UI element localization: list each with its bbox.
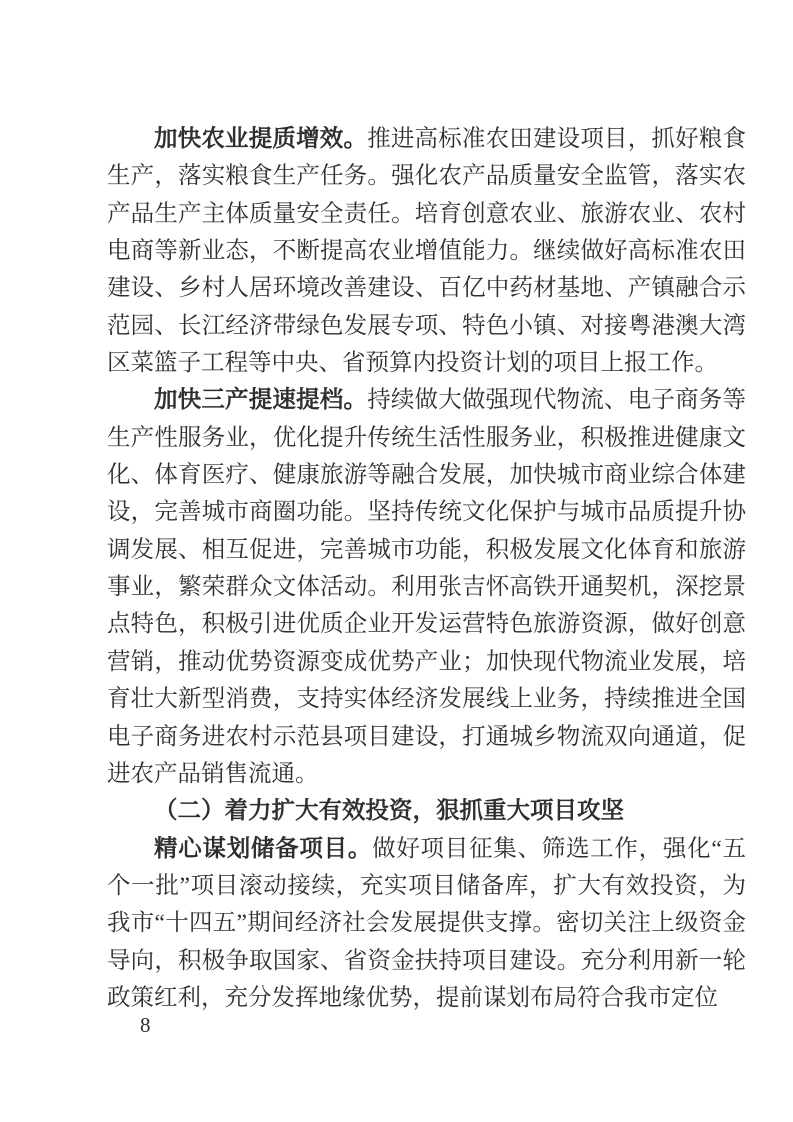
paragraph-body: 推进高标准农田建设项目，抓好粮食生产，落实粮食生产任务。强化农产品质量安全监管，… xyxy=(107,126,746,376)
paragraph-lead: 加快农业提质增效。 xyxy=(154,126,367,152)
paragraph-agriculture-quality: 加快农业提质增效。推进高标准农田建设项目，抓好粮食生产，落实粮食生产任务。强化农… xyxy=(107,121,746,382)
paragraph-tertiary-industry: 加快三产提速提档。持续做大做强现代物流、电子商务等生产性服务业，优化提升传统生活… xyxy=(107,382,746,793)
paragraph-body: 持续做大做强现代物流、电子商务等生产性服务业，优化提升传统生活性服务业，积极推进… xyxy=(107,387,746,786)
section-heading-2: （二）着力扩大有效投资，狠抓重大项目攻坚 xyxy=(107,793,746,830)
page-number: 8 xyxy=(140,1011,151,1039)
text-block: 加快农业提质增效。推进高标准农田建设项目，抓好粮食生产，落实粮食生产任务。强化农… xyxy=(107,121,746,1017)
paragraph-lead: 加快三产提速提档。 xyxy=(154,387,367,413)
document-page: 加快农业提质增效。推进高标准农田建设项目，抓好粮食生产，落实粮食生产任务。强化农… xyxy=(0,0,793,1122)
paragraph-project-reserve: 精心谋划储备项目。做好项目征集、筛选工作，强化“五个一批”项目滚动接续，充实项目… xyxy=(107,831,746,1018)
paragraph-lead: 精心谋划储备项目。 xyxy=(154,836,372,862)
